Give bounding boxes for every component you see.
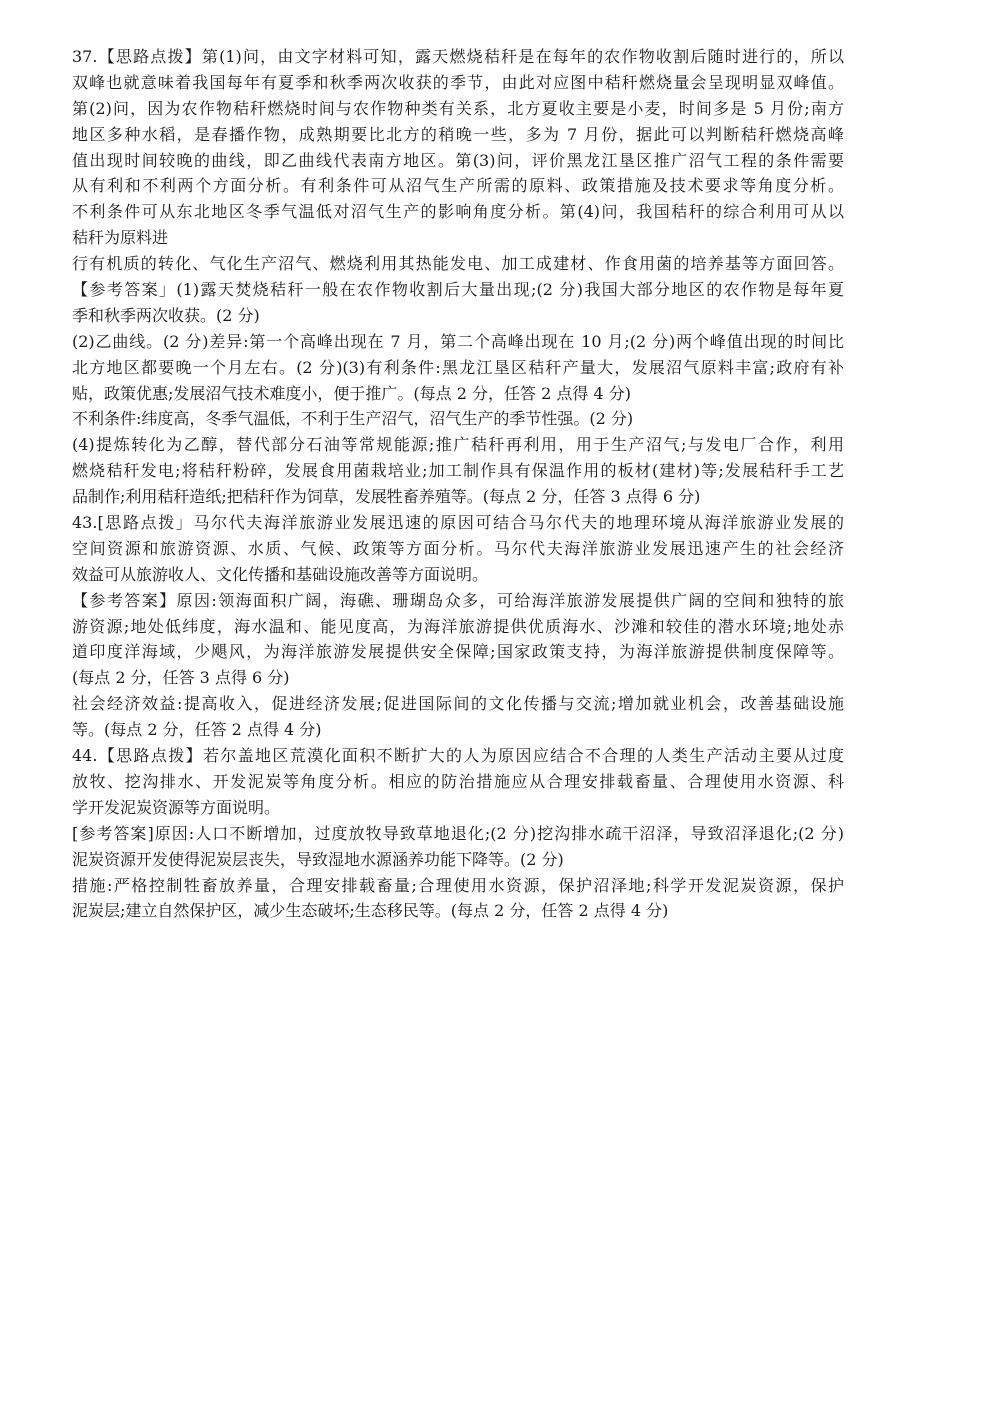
- text-line: 空间资源和旅游资源、水质、气候、政策等方面分析。马尔代夫海洋旅游业发展迅速产生的…: [72, 536, 844, 562]
- text-line: 值出现时间较晚的曲线，即乙曲线代表南方地区。第(3)问，评价黑龙江垦区推广沼气工…: [72, 148, 844, 174]
- section-q37: 37.【思路点拨】第(1)问，由文字材料可知，露天燃烧秸秆是在每年的农作物收割后…: [72, 44, 844, 510]
- section-q44: 44.【思路点拨】若尔盖地区荒漠化面积不断扩大的人为原因应结合不合理的人类生产活…: [72, 743, 844, 924]
- answer-key-line: 【参考答案」(1)露天焚烧秸秆一般在农作物收割后大量出现;(2 分)我国大部分地…: [72, 277, 844, 303]
- text-line: 放牧、挖沟排水、开发泥炭等角度分析。相应的防治措施应从合理安排载畜量、合理使用水…: [72, 769, 844, 795]
- text-line: 效益可从旅游收人、文化传播和基础设施改善等方面说明。: [72, 562, 844, 588]
- text-line: 秸秆为原料进: [72, 225, 844, 251]
- text-line: 贴，政策优惠;发展沼气技术难度小，便于推广。(每点 2 分，任答 2 点得 4 …: [72, 381, 844, 407]
- answer-document: 37.【思路点拨】第(1)问，由文字材料可知，露天燃烧秸秆是在每年的农作物收割后…: [72, 44, 844, 924]
- text-line: 地区多种水稻，是春播作物，成熟期要比北方的稍晚一些，多为 7 月份，据此可以判断…: [72, 122, 844, 148]
- text-line: 行有机质的转化、气化生产沼气、燃烧利用其热能发电、加工成建材、作食用菌的培养基等…: [72, 251, 844, 277]
- text-line: 37.【思路点拨】第(1)问，由文字材料可知，露天燃烧秸秆是在每年的农作物收割后…: [72, 44, 844, 70]
- text-line: 品制作;利用秸秆造纸;把秸秆作为饲草，发展牲畜养殖等。(每点 2 分，任答 3 …: [72, 484, 844, 510]
- text-line: 从有利和不利两个方面分析。有利条件可从沼气生产所需的原料、政策措施及技术要求等角…: [72, 173, 844, 199]
- text-line: 道印度洋海域，少飓风，为海洋旅游发展提供安全保障;国家政策支持，为海洋旅游提供制…: [72, 639, 844, 665]
- text-line: 北方地区都要晚一个月左右。(2 分)(3)有利条件:黑龙江垦区秸秆产量大，发展沼…: [72, 355, 844, 381]
- text-line: 措施:严格控制牲畜放养量，合理安排载畜量;合理使用水资源，保护沼泽地;科学开发泥…: [72, 873, 844, 899]
- text-line: 44.【思路点拨】若尔盖地区荒漠化面积不断扩大的人为原因应结合不合理的人类生产活…: [72, 743, 844, 769]
- text-line: (2)乙曲线。(2 分)差异:第一个高峰出现在 7 月，第二个高峰出现在 10 …: [72, 329, 844, 355]
- text-line: 学开发泥炭资源等方面说明。: [72, 795, 844, 821]
- text-line: 燃烧秸秆发电;将秸秆粉碎，发展食用菌栽培业;加工制作具有保温作用的板材(建材)等…: [72, 458, 844, 484]
- text-line: 43.[思路点拨」马尔代夫海洋旅游业发展迅速的原因可结合马尔代夫的地理环境从海洋…: [72, 510, 844, 536]
- text-line: 季和秋季两次收获。(2 分): [72, 303, 844, 329]
- text-line: 不利条件:纬度高，冬季气温低，不利于生产沼气，沼气生产的季节性强。(2 分): [72, 406, 844, 432]
- text-line: 泥炭资源开发使得泥炭层丧失，导致湿地水源涵养功能下降等。(2 分): [72, 847, 844, 873]
- answer-key-line: [参考答案]原因:人口不断增加，过度放牧导致草地退化;(2 分)挖沟排水疏干沼泽…: [72, 821, 844, 847]
- section-q43: 43.[思路点拨」马尔代夫海洋旅游业发展迅速的原因可结合马尔代夫的地理环境从海洋…: [72, 510, 844, 743]
- text-line: 第(2)问，因为农作物秸秆燃烧时间与农作物种类有关系，北方夏收主要是小麦，时间多…: [72, 96, 844, 122]
- text-line: 不利条件可从东北地区冬季气温低对沼气生产的影响角度分析。第(4)问，我国秸秆的综…: [72, 199, 844, 225]
- text-line: 游资源;地处低纬度，海水温和、能见度高，为海洋旅游提供优质海水、沙滩和较佳的潜水…: [72, 614, 844, 640]
- text-line: 双峰也就意味着我国每年有夏季和秋季两次收获的季节，由此对应图中秸秆燃烧量会呈现明…: [72, 70, 844, 96]
- answer-key-line: 【参考答案】原因:领海面积广阔，海礁、珊瑚岛众多，可给海洋旅游发展提供广阔的空间…: [72, 588, 844, 614]
- text-line: 等。(每点 2 分，任答 2 点得 4 分): [72, 717, 844, 743]
- text-line: (4)提炼转化为乙醇，替代部分石油等常规能源;推广秸秆再利用，用于生产沼气;与发…: [72, 432, 844, 458]
- text-line: 社会经济效益:提高收入，促进经济发展;促进国际间的文化传播与交流;增加就业机会，…: [72, 691, 844, 717]
- text-line: 泥炭层;建立自然保护区，减少生态破坏;生态移民等。(每点 2 分，任答 2 点得…: [72, 898, 844, 924]
- text-line: (每点 2 分，任答 3 点得 6 分): [72, 665, 844, 691]
